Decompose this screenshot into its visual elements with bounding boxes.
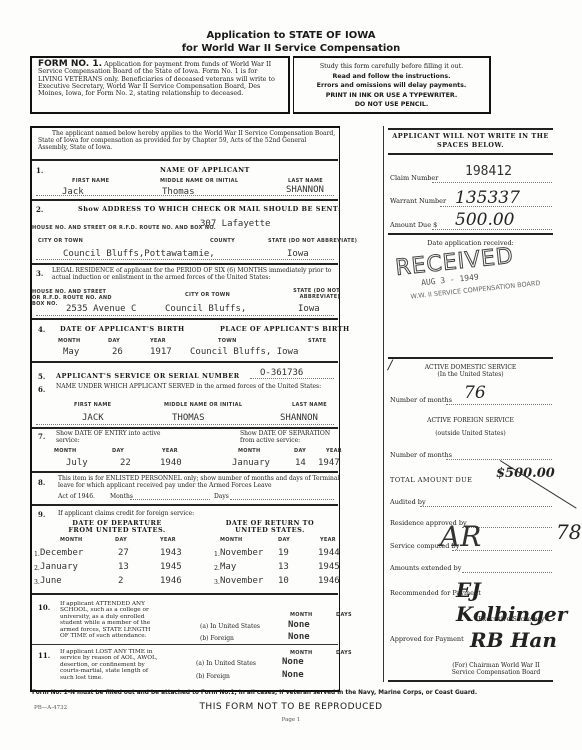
departure-year: 1945 bbox=[160, 562, 182, 572]
initials-signature: AR bbox=[440, 520, 481, 553]
applicant-first-name: Jack bbox=[62, 187, 84, 197]
separation-day: 14 bbox=[295, 458, 306, 468]
col-state: STATE (DO NOT ABBREVIATE) bbox=[268, 238, 357, 244]
return-day: 10 bbox=[278, 576, 289, 586]
separation-year: 1947 bbox=[318, 458, 340, 468]
school-us-label: (a) In United States bbox=[200, 623, 260, 630]
col-last-name: LAST NAME bbox=[288, 178, 323, 184]
birth-place-heading: PLACE OF APPLICANT'S BIRTH bbox=[220, 325, 350, 333]
section-6-number: 6. bbox=[38, 385, 45, 394]
section-1-number: 1. bbox=[36, 166, 43, 175]
birth-place: Council Bluffs, Iowa bbox=[190, 347, 298, 357]
departure-day: 2 bbox=[118, 576, 123, 586]
domestic-months: 76 bbox=[464, 383, 486, 403]
entry-month: July bbox=[66, 458, 88, 468]
departure-day: 13 bbox=[118, 562, 129, 572]
footer-note: Form No. 1-N must be filled out and be a… bbox=[32, 690, 562, 696]
section-11-number: 11. bbox=[38, 651, 50, 660]
col-served-first: FIRST NAME bbox=[74, 402, 111, 408]
col-lost-days: DAYS bbox=[336, 650, 352, 656]
domestic-months-label: Number of months bbox=[390, 397, 452, 404]
return-day: 13 bbox=[278, 562, 289, 572]
col-school-month: MONTH bbox=[290, 612, 313, 618]
preamble: The applicant named below hereby applies… bbox=[38, 130, 336, 151]
no-reproduce-warning: THIS FORM NOT TO BE REPRODUCED bbox=[0, 702, 582, 712]
lost-foreign-label: (b) Foreign bbox=[196, 673, 230, 680]
amount-due-label: Amount Due $ bbox=[390, 222, 437, 229]
lost-time-text: If applicant LOST ANY TIME in service by… bbox=[60, 649, 160, 681]
departure-month: June bbox=[40, 576, 62, 586]
office-use-heading: APPLICANT WILL NOT WRITE IN THE SPACES B… bbox=[388, 132, 553, 150]
return-month: November bbox=[220, 576, 263, 586]
applicant-middle-name: Thomas bbox=[162, 187, 195, 197]
terminal-leave-text: This item is for ENLISTED PERSONNEL only… bbox=[58, 476, 340, 490]
section-7-number: 7. bbox=[38, 432, 45, 441]
foreign-service-heading: If applicant claims credit for foreign s… bbox=[58, 510, 194, 517]
return-year: 1944 bbox=[318, 548, 340, 558]
col-dep-month: MONTH bbox=[60, 537, 83, 543]
entry-day: 22 bbox=[120, 458, 131, 468]
col-school-days: DAYS bbox=[336, 612, 352, 618]
return-heading: DATE OF RETURN TO UNITED STATES. bbox=[225, 520, 315, 534]
departure-month: January bbox=[40, 562, 78, 572]
col-sep-month: MONTH bbox=[238, 448, 261, 454]
col-sep-day: DAY bbox=[294, 448, 306, 454]
entry-heading: Show DATE OF ENTRY into active service: bbox=[56, 431, 166, 445]
col-birth-day: DAY bbox=[108, 338, 120, 344]
col-served-last: LAST NAME bbox=[292, 402, 327, 408]
amount-due: 500.00 bbox=[455, 210, 514, 230]
col-sep-year: YEAR bbox=[326, 448, 342, 454]
col-first-name: FIRST NAME bbox=[72, 178, 109, 184]
instruction-line-1: Study this form carefully before filling… bbox=[294, 62, 489, 72]
foreign-service-row: 1. December 27 1943 1. November 19 1944 bbox=[34, 548, 338, 562]
domestic-service-subheading: (In the United States) bbox=[388, 371, 553, 378]
foreign-service-row: 2. January 13 1945 2. May 13 1945 bbox=[34, 562, 338, 576]
instruction-line-3: Errors and omissions will delay payments… bbox=[294, 81, 489, 91]
street-label: HOUSE NO. AND STREET OR R.F.D. ROUTE NO.… bbox=[32, 225, 216, 231]
col-served-middle: MIDDLE NAME OR INITIAL bbox=[164, 402, 242, 408]
serial-number: O-361736 bbox=[260, 368, 303, 378]
departure-year: 1946 bbox=[160, 576, 182, 586]
departure-day: 27 bbox=[118, 548, 129, 558]
instruction-line-4: PRINT IN INK OR USE A TYPEWRITER. bbox=[294, 91, 489, 101]
served-last-name: SHANNON bbox=[280, 413, 318, 423]
page-number: Page 1 bbox=[0, 717, 582, 724]
claim-number: 198412 bbox=[465, 164, 512, 179]
col-ret-year: YEAR bbox=[320, 537, 336, 543]
col-middle-name: MIDDLE NAME OR INITIAL bbox=[160, 178, 238, 184]
lost-us-value: None bbox=[282, 657, 304, 667]
separation-heading: Show DATE OF SEPARATION from active serv… bbox=[240, 431, 340, 445]
return-month: May bbox=[220, 562, 236, 572]
instructions-box: Study this form carefully before filling… bbox=[293, 56, 491, 114]
school-foreign-value: None bbox=[288, 632, 310, 642]
birth-date-heading: DATE OF APPLICANT'S BIRTH bbox=[60, 325, 185, 333]
departure-year: 1943 bbox=[160, 548, 182, 558]
amounts-extended-label: Amounts extended by bbox=[390, 565, 461, 572]
separation-month: January bbox=[232, 458, 270, 468]
col-dep-year: YEAR bbox=[160, 537, 176, 543]
warrant-number: 135337 bbox=[455, 188, 520, 208]
received-stamp: RECEIVED AUG 3 - 1949 W.W. II SERVICE CO… bbox=[394, 240, 552, 335]
school-text: If applicant ATTENDED ANY SCHOOL, such a… bbox=[60, 601, 160, 639]
residence-city: Council Bluffs, bbox=[165, 304, 246, 314]
intro-box: FORM NO. 1. Application for payment from… bbox=[30, 56, 290, 114]
col-entry-month: MONTH bbox=[54, 448, 77, 454]
foreign-months-label: Number of months bbox=[390, 452, 452, 459]
executive-secretary-label: Executive Secretary bbox=[478, 616, 545, 623]
section-2-number: 2. bbox=[36, 205, 43, 214]
section-2-heading: Show ADDRESS TO WHICH CHECK OR MAIL SHOU… bbox=[78, 205, 341, 213]
served-first-name: JACK bbox=[82, 413, 104, 423]
foreign-service-office-heading: ACTIVE FOREIGN SERVICE bbox=[388, 417, 553, 424]
section-1-heading: NAME OF APPLICANT bbox=[160, 166, 250, 174]
birth-month: May bbox=[63, 347, 79, 357]
birth-day: 26 bbox=[112, 347, 123, 357]
mail-state: Iowa bbox=[287, 249, 309, 259]
departure-month: December bbox=[40, 548, 83, 558]
mail-street: 307 Lafayette bbox=[200, 219, 270, 229]
col-entry-day: DAY bbox=[112, 448, 124, 454]
form-title-line1: Application to STATE OF IOWA bbox=[0, 30, 582, 41]
leave-act-label: Act of 1946. bbox=[58, 493, 95, 500]
warrant-number-label: Warrant Number bbox=[390, 198, 446, 205]
col-birth-state: STATE bbox=[308, 338, 326, 344]
instruction-line-2: Read and follow the instructions. bbox=[294, 72, 489, 82]
col-birth-year: YEAR bbox=[150, 338, 166, 344]
col-birth-month: MONTH bbox=[58, 338, 81, 344]
col-city: CITY OR TOWN bbox=[38, 238, 83, 244]
total-amount: $500.00 bbox=[496, 466, 555, 481]
served-name-heading: NAME UNDER WHICH APPLICANT SERVED in the… bbox=[56, 384, 340, 391]
margin-note: 78 bbox=[556, 520, 581, 544]
section-4-number: 4. bbox=[38, 325, 45, 334]
return-year: 1945 bbox=[318, 562, 340, 572]
birth-year: 1917 bbox=[150, 347, 172, 357]
col-birth-town: TOWN bbox=[218, 338, 237, 344]
foreign-service-row: 3. June 2 1946 3. November 10 1946 bbox=[34, 576, 338, 590]
foreign-service-office-subheading: (outside United States) bbox=[388, 430, 553, 437]
chairman-signature: RB Han bbox=[470, 628, 557, 652]
approved-label: Approved for Payment bbox=[390, 636, 464, 643]
section-3-heading: LEGAL RESIDENCE of applicant for the PER… bbox=[52, 268, 336, 282]
served-middle-name: THOMAS bbox=[172, 413, 205, 423]
section-10-number: 10. bbox=[38, 603, 50, 612]
residence-street: 2535 Avenue C bbox=[66, 304, 136, 314]
section-8-number: 8. bbox=[38, 478, 45, 487]
return-day: 19 bbox=[278, 548, 289, 558]
col-ret-day: DAY bbox=[278, 537, 290, 543]
form-title-line2: for World War II Service Compensation bbox=[0, 43, 582, 54]
col-entry-year: YEAR bbox=[162, 448, 178, 454]
section-9-number: 9. bbox=[38, 510, 45, 519]
applicant-last-name: SHANNON bbox=[286, 185, 324, 195]
col-residence-state: STATE (DO NOT ABBREVIATE) bbox=[288, 288, 340, 300]
section-3-number: 3. bbox=[36, 269, 43, 278]
col-residence-city: CITY OR TOWN bbox=[185, 292, 230, 298]
col-county: COUNTY bbox=[210, 238, 235, 244]
col-dep-day: DAY bbox=[115, 537, 127, 543]
mail-city-county: Council Bluffs,Pottawatamie, bbox=[63, 249, 215, 259]
total-amount-label: TOTAL AMOUNT DUE bbox=[390, 477, 472, 484]
leave-days-label: Days bbox=[214, 493, 229, 500]
school-us-value: None bbox=[288, 620, 310, 630]
return-month: November bbox=[220, 548, 263, 558]
lost-foreign-value: None bbox=[282, 670, 304, 680]
residence-state: Iowa bbox=[298, 304, 320, 314]
col-lost-month: MONTH bbox=[290, 650, 313, 656]
col-ret-month: MONTH bbox=[220, 537, 243, 543]
serial-heading: APPLICANT'S SERVICE OR SERIAL NUMBER bbox=[56, 372, 240, 380]
lost-us-label: (a) In United States bbox=[196, 660, 256, 667]
return-year: 1946 bbox=[318, 576, 340, 586]
instruction-line-5: DO NOT USE PENCIL. bbox=[294, 100, 489, 110]
entry-year: 1940 bbox=[160, 458, 182, 468]
section-5-number: 5. bbox=[38, 372, 45, 381]
school-foreign-label: (b) Foreign bbox=[200, 635, 234, 642]
chairman-label: (For) Chairman World War II Service Comp… bbox=[440, 662, 552, 676]
departure-heading: DATE OF DEPARTURE FROM UNITED STATES. bbox=[62, 520, 172, 534]
